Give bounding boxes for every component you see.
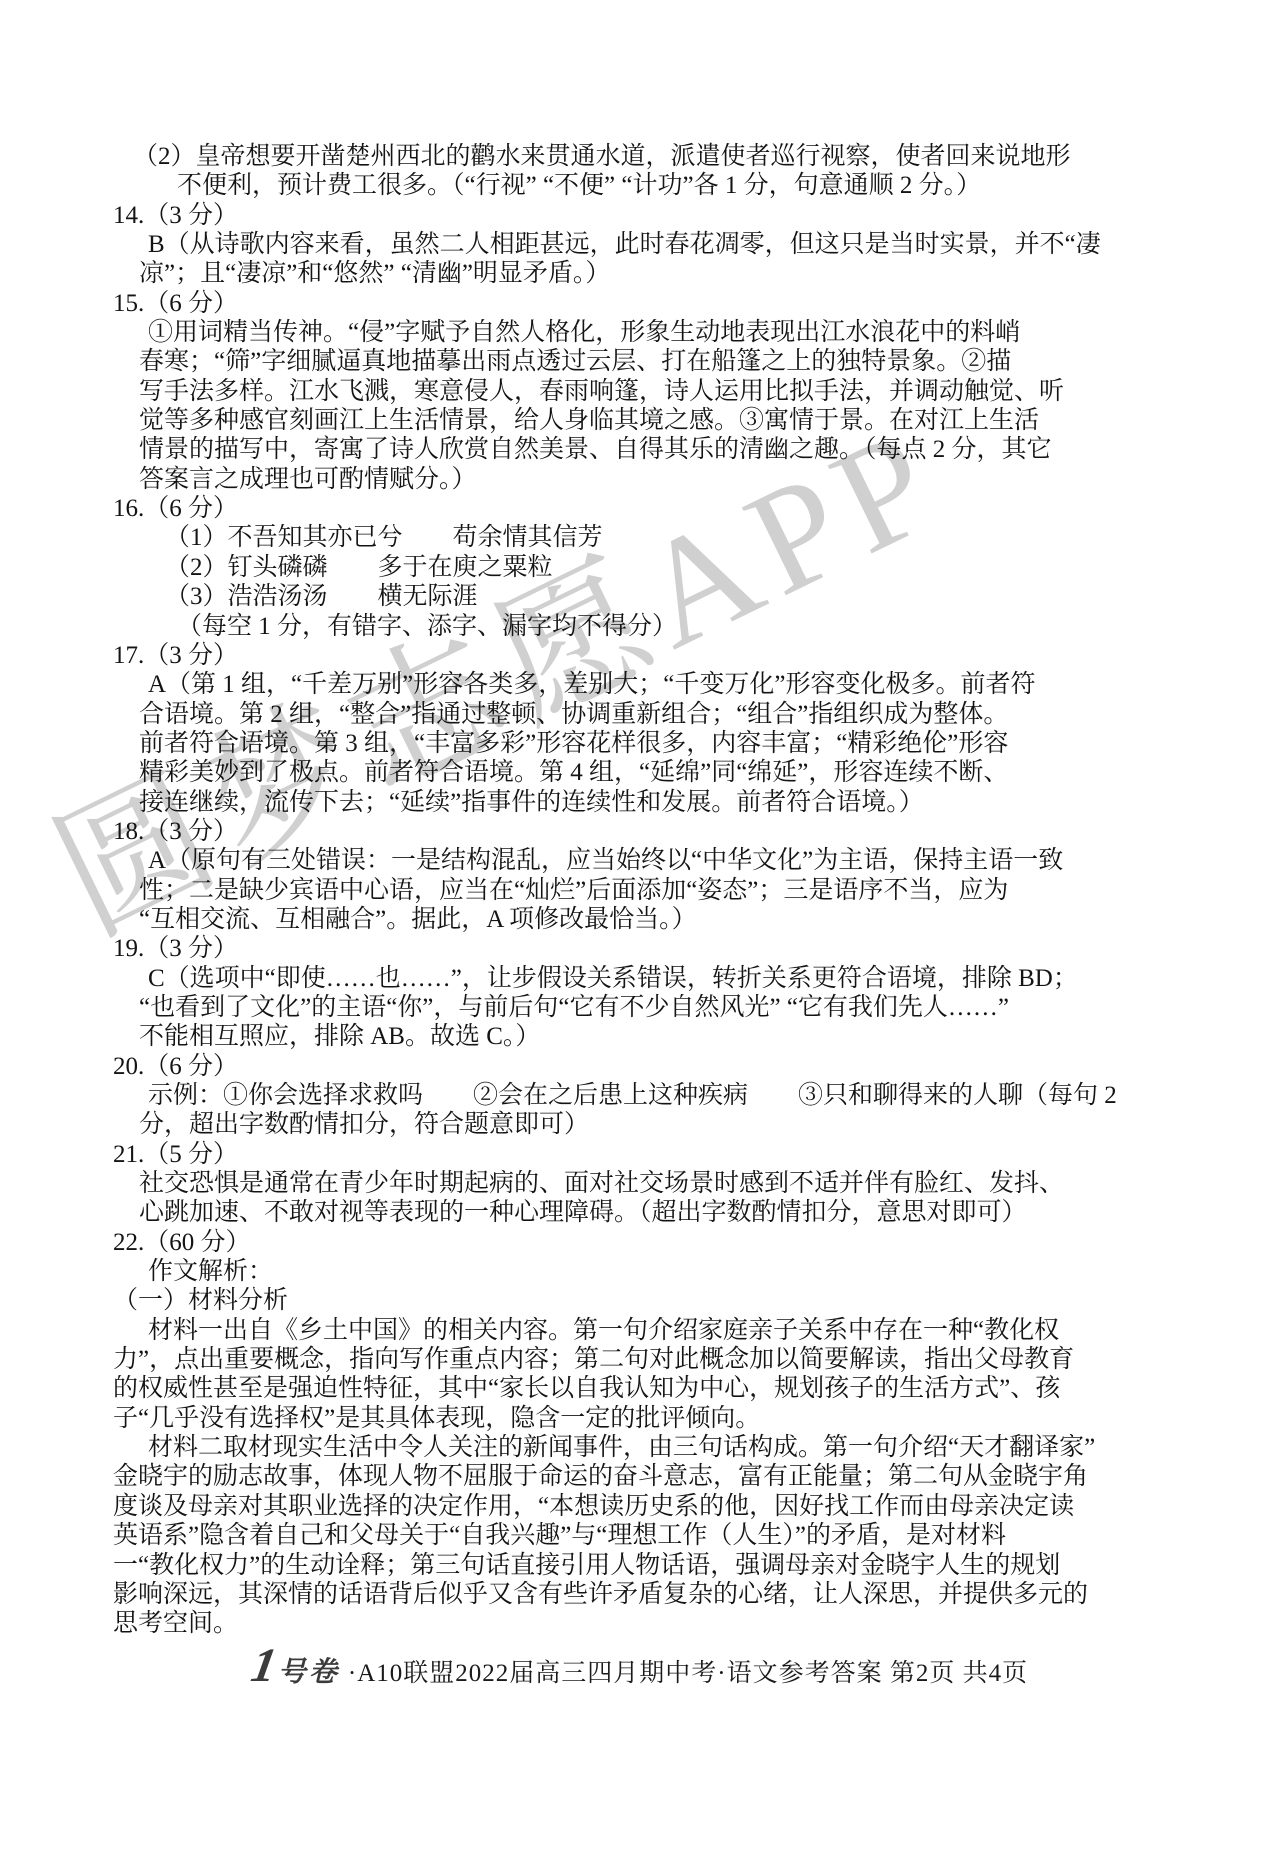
text-line: “也看到了文化”的主语“你”，与前后句“它有不少自然风光” “它有我们先人……” xyxy=(139,993,1193,1022)
text-line: 15.（6 分） xyxy=(113,289,1193,318)
text-line: A（第 1 组，“千差万别”形容各类多，差别大；“千变万化”形容变化极多。前者符 xyxy=(148,670,1193,699)
text-line: 性；二是缺少宾语中心语，应当在“灿烂”后面添加“姿态”；三是语序不当，应为 xyxy=(139,876,1193,905)
text-line: 力”，点出重要概念，指向写作重点内容；第二句对此概念加以简要解读，指出父母教育 xyxy=(113,1345,1193,1374)
text-line: 21.（5 分） xyxy=(113,1140,1193,1169)
footer-exam-info: ·A10联盟2022届高三四月期中考·语文参考答案 第2页 共4页 xyxy=(348,1653,1028,1689)
text-line: 子“几乎没有选择权”是其具体表现，隐含一定的批评倾向。 xyxy=(113,1404,1193,1433)
text-line: （一）材料分析 xyxy=(113,1286,1193,1315)
text-line: B（从诗歌内容来看，虽然二人相距甚远，此时春花凋零，但这只是当时实景，并不“凄 xyxy=(148,230,1193,259)
text-line: 14.（3 分） xyxy=(113,201,1193,230)
text-line: 示例：①你会选择求救吗 ②会在之后患上这种疾病 ③只和聊得来的人聊（每句 2 xyxy=(148,1081,1193,1110)
text-line: 22.（60 分） xyxy=(113,1228,1193,1257)
text-line: 17.（3 分） xyxy=(113,641,1193,670)
text-line: （2）皇帝想要开凿楚州西北的鹳水来贯通水道，派遣使者巡行视察，使者回来说地形 xyxy=(133,142,1193,171)
text-line: 不能相互照应，排除 AB。故选 C。） xyxy=(139,1022,1193,1051)
text-line: 的权威性甚至是强迫性特征，其中“家长以自我认知为中心，规划孩子的生活方式”、孩 xyxy=(113,1374,1193,1403)
footer-brand-logo-script: 号卷 xyxy=(278,1650,340,1690)
text-line: 思考空间。 xyxy=(113,1609,1193,1638)
page-footer: 1 号卷 ·A10联盟2022届高三四月期中考·语文参考答案 第2页 共4页 xyxy=(0,1650,1280,1690)
text-line: 英语系”隐含着自己和父母关于“自我兴趣”与“理想工作（人生）”的矛盾，是对材料 xyxy=(113,1521,1193,1550)
text-line: 材料二取材现实生活中令人关注的新闻事件，由三句话构成。第一句介绍“天才翻译家” xyxy=(148,1433,1193,1462)
footer-brand-logo-numeral: 1 xyxy=(249,1651,278,1681)
text-line: 觉等多种感官刻画江上生活情景，给人身临其境之感。③寓情于景。在对江上生活 xyxy=(139,406,1193,435)
text-line: 接连继续，流传下去；“延续”指事件的连续性和发展。前者符合语境。） xyxy=(139,788,1193,817)
text-line: 一“教化权力”的生动诠释；第三句话直接引用人物话语，强调母亲对金晓宇人生的规划 xyxy=(113,1551,1193,1580)
text-line: （1）不吾知其亦已兮 苟余情其信芳 xyxy=(165,523,1193,552)
text-line: （每空 1 分，有错字、添字、漏字均不得分） xyxy=(177,612,1193,641)
text-line: 18.（3 分） xyxy=(113,817,1193,846)
text-line: 情景的描写中，寄寓了诗人欣赏自然美景、自得其乐的清幽之趣。（每点 2 分，其它 xyxy=(139,435,1193,464)
text-line: 度谈及母亲对其职业选择的决定作用，“本想读历史系的他，因好找工作而由母亲决定读 xyxy=(113,1492,1193,1521)
text-line: 心跳加速、不敢对视等表现的一种心理障碍。（超出字数酌情扣分，意思对即可） xyxy=(139,1198,1193,1227)
text-line: 不便利，预计费工很多。（“行视” “不便” “计功”各 1 分，句意通顺 2 分… xyxy=(177,171,1193,200)
text-line: 20.（6 分） xyxy=(113,1052,1193,1081)
text-line: A（原句有三处错误：一是结构混乱，应当始终以“中华文化”为主语，保持主语一致 xyxy=(148,846,1193,875)
text-line: 影响深远，其深情的话语背后似乎又含有些许矛盾复杂的心绪，让人深思，并提供多元的 xyxy=(113,1580,1193,1609)
text-line: （3）浩浩汤汤 横无际涯 xyxy=(165,582,1193,611)
text-line: ①用词精当传神。“侵”字赋予自然人格化，形象生动地表现出江水浪花中的料峭 xyxy=(148,318,1193,347)
text-line: 材料一出自《乡土中国》的相关内容。第一句介绍家庭亲子关系中存在一种“教化权 xyxy=(148,1316,1193,1345)
text-line: 社交恐惧是通常在青少年时期起病的、面对社交场景时感到不适并伴有脸红、发抖、 xyxy=(139,1169,1193,1198)
text-line: 合语境。第 2 组，“整合”指通过整顿、协调重新组合；“组合”指组织成为整体。 xyxy=(139,700,1193,729)
text-line: 前者符合语境。第 3 组，“丰富多彩”形容花样很多，内容丰富；“精彩绝伦”形容 xyxy=(139,729,1193,758)
text-line: 春寒；“筛”字细腻逼真地描摹出雨点透过云层、打在船篷之上的独特景象。②描 xyxy=(139,347,1193,376)
text-line: 答案言之成理也可酌情赋分。） xyxy=(139,465,1193,494)
text-line: 写手法多样。江水飞溅，寒意侵人，春雨响篷，诗人运用比拟手法，并调动触觉、听 xyxy=(139,377,1193,406)
text-line: （2）钉头磷磷 多于在庾之粟粒 xyxy=(165,553,1193,582)
answer-lines: （2）皇帝想要开凿楚州西北的鹳水来贯通水道，派遣使者巡行视察，使者回来说地形不便… xyxy=(113,142,1193,1639)
text-line: 19.（3 分） xyxy=(113,934,1193,963)
text-line: 金晓宇的励志故事，体现人物不屈服于命运的奋斗意志，富有正能量；第二句从金晓宇角 xyxy=(113,1462,1193,1491)
text-line: 作文解析： xyxy=(148,1257,1193,1286)
text-line: 精彩美妙到了极点。前者符合语境。第 4 组，“延绵”同“绵延”，形容连续不断、 xyxy=(139,758,1193,787)
text-line: 分，超出字数酌情扣分，符合题意即可） xyxy=(139,1110,1193,1139)
text-line: C（选项中“即使……也……”，让步假设关系错误，转折关系更符合语境，排除 BD； xyxy=(148,964,1193,993)
scanned-answer-sheet-page: 圆梦志愿APP （2）皇帝想要开凿楚州西北的鹳水来贯通水道，派遣使者巡行视察，使… xyxy=(0,0,1280,1849)
text-line: 凉”；且“凄凉”和“悠然” “清幽”明显矛盾。） xyxy=(139,259,1193,288)
text-line: “互相交流、互相融合”。据此，A 项修改最恰当。） xyxy=(139,905,1193,934)
text-line: 16.（6 分） xyxy=(113,494,1193,523)
